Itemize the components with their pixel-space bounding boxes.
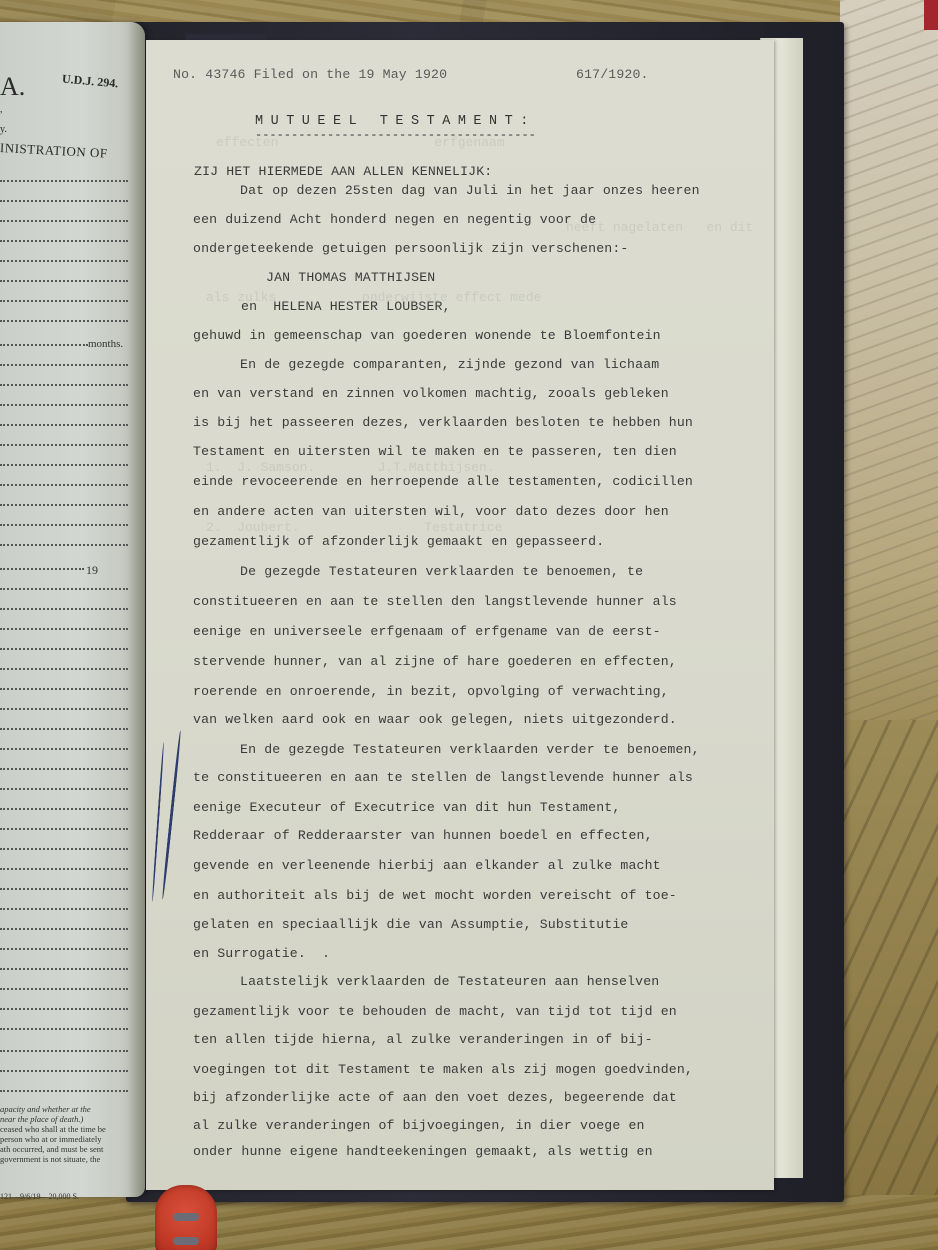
document-line: onder hunne eigene handteekeningen gemaa… xyxy=(193,1144,653,1159)
document-line: En de gezegde Testateuren verklaarden ve… xyxy=(240,742,700,757)
form-dotted-line xyxy=(0,708,128,710)
footer-text-4: government is not situate, the xyxy=(0,1154,130,1164)
document-line: Redderaar of Redderaarster van hunnen bo… xyxy=(193,828,653,843)
document-line: gezamentlijk of afzonderlijk gemaakt en … xyxy=(193,534,604,549)
document-line: ondergeteekende getuigen persoonlijk zij… xyxy=(193,241,628,256)
document-line: einde revoceerende en herroepende alle t… xyxy=(193,474,693,489)
document-line: Dat op dezen 25sten dag van Juli in het … xyxy=(240,183,700,198)
document-line: JAN THOMAS MATTHIJSEN xyxy=(266,270,435,285)
document-line: ZIJ HET HIERMEDE AAN ALLEN KENNELIJK: xyxy=(194,164,492,179)
form-dotted-line xyxy=(0,928,128,930)
form-dotted-line xyxy=(0,384,128,386)
form-dotted-line xyxy=(0,424,128,426)
red-bookmark xyxy=(155,1185,217,1250)
document-line: en andere acten van uitersten wil, voor … xyxy=(193,504,669,519)
footer-italic-1: apacity and whether at the xyxy=(0,1104,130,1114)
footer-text-3: ath occurred, and must be sent xyxy=(0,1144,130,1154)
form-dotted-line xyxy=(0,484,128,486)
document-line: is bij het passeeren dezes, verklaarden … xyxy=(193,415,693,430)
months-label: months. xyxy=(88,338,123,350)
form-dotted-line xyxy=(0,524,128,526)
form-dotted-line xyxy=(0,200,128,202)
form-heading-fragment: A. xyxy=(0,72,25,102)
form-fragment-1: , xyxy=(0,104,3,115)
form-dotted-line xyxy=(0,404,128,406)
document-line: stervende hunner, van al zijne of hare g… xyxy=(193,654,677,669)
form-dotted-line xyxy=(0,1070,128,1072)
form-dotted-line xyxy=(0,668,128,670)
form-dotted-line xyxy=(0,808,128,810)
form-dotted-line xyxy=(0,988,128,990)
document-line: van welken aard ook en waar ook gelegen,… xyxy=(193,712,677,727)
document-line: en Surrogatie. . xyxy=(193,946,330,961)
document-line: eenige en universeele erfgenaam of erfge… xyxy=(193,624,661,639)
footer-text-2: person who at or immediately xyxy=(0,1134,130,1144)
form-dotted-line xyxy=(0,220,128,222)
document-line: gevende en verleenende hierbij aan elkan… xyxy=(193,858,661,873)
document-line: te constitueeren en aan te stellen de la… xyxy=(193,770,693,785)
document-line: voegingen tot dit Testament te maken als… xyxy=(193,1062,693,1077)
bleed-through-text: 2. Joubert. Testatrice xyxy=(206,520,502,535)
form-dotted-line xyxy=(0,608,128,610)
form-dotted-line xyxy=(0,1090,128,1092)
form-dotted-line xyxy=(0,588,128,590)
form-dotted-line xyxy=(0,688,128,690)
document-line: al zulke veranderingen of bijvoegingen, … xyxy=(193,1118,645,1133)
form-administration-heading: INISTRATION OF xyxy=(0,140,108,162)
form-dotted-line xyxy=(0,648,128,650)
form-dotted-line xyxy=(0,1008,128,1010)
bookmark-hole xyxy=(173,1213,199,1221)
left-form-page: A. U.D.J. 294. , y. INISTRATION OF month… xyxy=(0,22,145,1197)
form-dotted-line xyxy=(0,908,128,910)
form-dotted-line xyxy=(0,748,128,750)
form-dotted-line xyxy=(0,828,128,830)
document-line: eenige Executeur of Executrice van dit h… xyxy=(193,800,620,815)
document-title: MUTUEEL TESTAMENT: xyxy=(255,114,536,129)
form-dotted-line xyxy=(0,344,88,346)
document-line: gezamentlijk voor te behouden de macht, … xyxy=(193,1004,677,1019)
document-line: een duizend Acht honderd negen en negent… xyxy=(193,212,596,227)
form-dotted-line xyxy=(0,544,128,546)
wood-table-surface xyxy=(840,0,938,720)
document-line: En de gezegde comparanten, zijnde gezond… xyxy=(240,357,659,372)
form-fragment-2: y. xyxy=(0,124,7,135)
document-line: gehuwd in gemeenschap van goederen wonen… xyxy=(193,328,661,343)
document-line: en HELENA HESTER LOUBSER, xyxy=(241,299,451,314)
form-print-code: 121—9/6/19—20,000 S. xyxy=(0,1192,79,1201)
form-dotted-line xyxy=(0,320,128,322)
document-line: en van verstand en zinnen volkomen macht… xyxy=(193,386,669,401)
form-dotted-line xyxy=(0,948,128,950)
form-dotted-line xyxy=(0,280,128,282)
form-footer-notes: apacity and whether at the near the plac… xyxy=(0,1104,130,1164)
form-dotted-line xyxy=(0,848,128,850)
form-dotted-line xyxy=(0,788,128,790)
document-line: constitueeren en aan te stellen den lang… xyxy=(193,594,677,609)
red-object-corner xyxy=(924,0,938,30)
form-dotted-line xyxy=(0,240,128,242)
testament-sheet: effecten erfgenaam heeft nagelaten en di… xyxy=(146,40,774,1190)
document-line: ten allen tijde hierna, al zulke verande… xyxy=(193,1032,653,1047)
wood-table-edge xyxy=(0,1195,938,1250)
form-dotted-line xyxy=(0,504,128,506)
form-dotted-line xyxy=(0,180,128,182)
footer-italic-2: near the place of death.) xyxy=(0,1114,130,1124)
document-line: roerende en onroerende, in bezit, opvolg… xyxy=(193,684,669,699)
form-dotted-line xyxy=(0,628,128,630)
form-dotted-line xyxy=(0,868,128,870)
form-dotted-line xyxy=(0,888,128,890)
document-line: Laatstelijk verklaarden de Testateuren a… xyxy=(240,974,659,989)
form-dotted-line xyxy=(0,728,128,730)
bleed-through-text: 1. J. Samson. J.T.Matthijsen. xyxy=(206,460,495,475)
document-line: Testament en uitersten wil te maken en t… xyxy=(193,444,677,459)
form-dotted-line xyxy=(0,260,128,262)
form-dotted-line xyxy=(0,1028,128,1030)
page-gutter-shadow xyxy=(129,22,145,1197)
document-line: bij afzonderlijke acte of aan den voet d… xyxy=(193,1090,677,1105)
form-dotted-line xyxy=(0,464,128,466)
form-dotted-line xyxy=(0,300,128,302)
document-line: De gezegde Testateuren verklaarden te be… xyxy=(240,564,643,579)
form-dotted-line xyxy=(0,968,128,970)
form-code: U.D.J. 294. xyxy=(61,72,118,92)
form-dotted-line xyxy=(0,444,128,446)
form-dotted-line xyxy=(0,364,128,366)
title-underline: --------------------------------------- xyxy=(255,128,536,142)
form-dotted-line xyxy=(0,568,84,570)
form-dotted-line xyxy=(0,768,128,770)
document-line: en authoriteit als bij de wet mocht word… xyxy=(193,888,677,903)
bookmark-hole xyxy=(173,1237,199,1245)
document-line: gelaten en speciaallijk die van Assumpti… xyxy=(193,917,628,932)
filing-header: No. 43746 Filed on the 19 May 1920 xyxy=(173,67,447,82)
form-dotted-line xyxy=(0,1050,128,1052)
wood-table-surface-lower xyxy=(840,720,938,1250)
year-label: 19 xyxy=(86,563,98,578)
footer-text-1: ceased who shall at the time be xyxy=(0,1124,130,1134)
case-number: 617/1920. xyxy=(576,67,649,82)
